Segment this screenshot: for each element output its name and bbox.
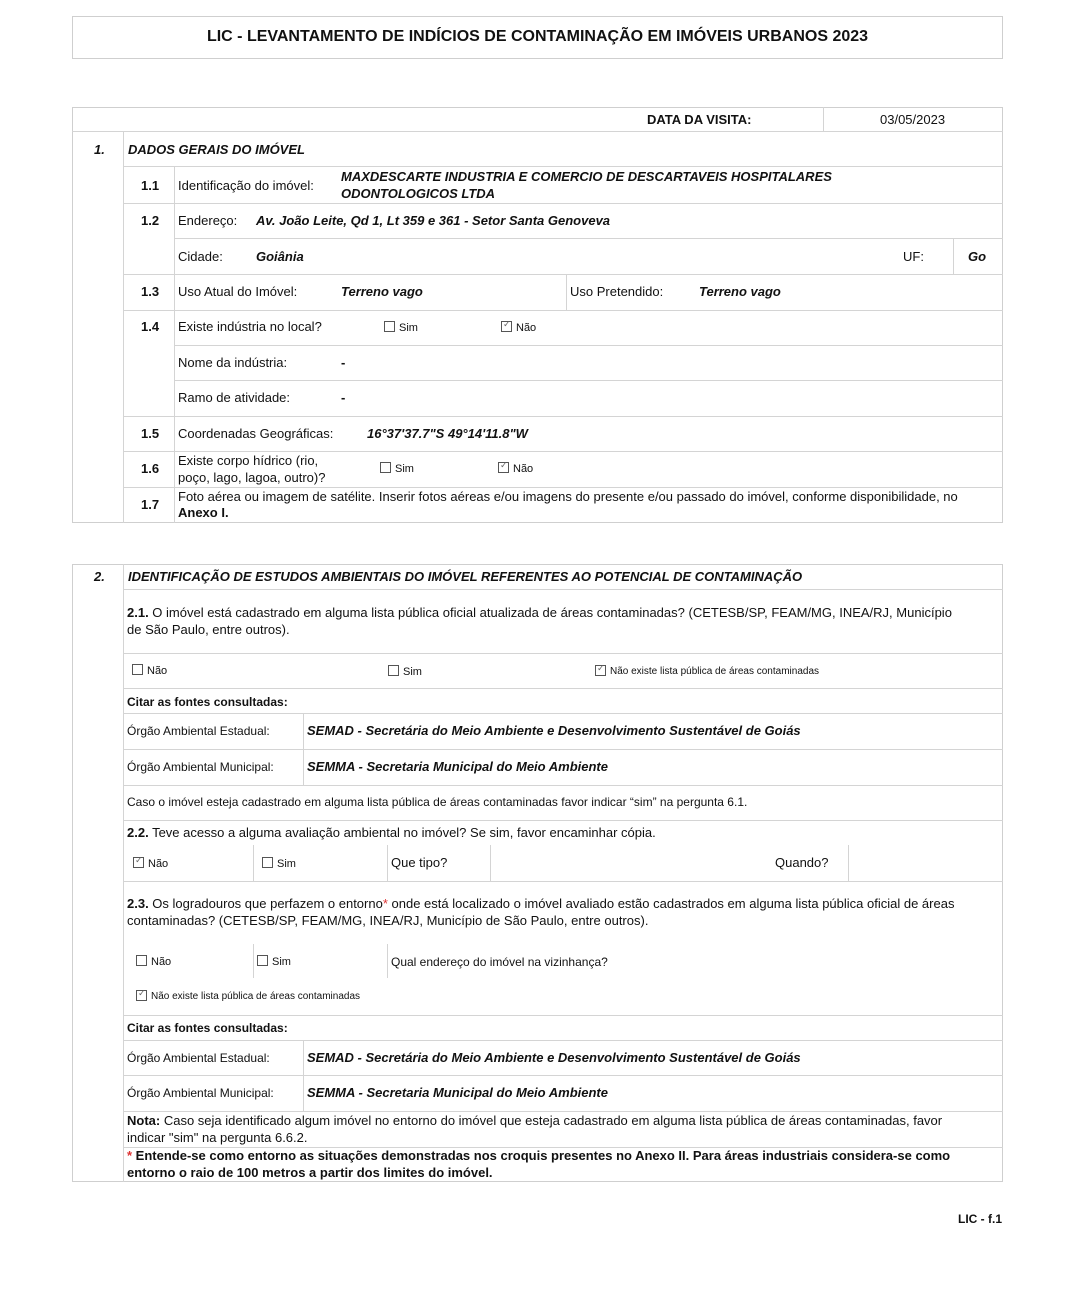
q21-number: 2.1. [127,605,149,620]
q21-sim-label: Sim [403,664,422,680]
item-1-2-number: 1.2 [141,213,159,229]
address-value: Av. João Leite, Qd 1, Lt 359 e 361 - Set… [256,213,610,229]
sources-2-state-label: Órgão Ambiental Estadual: [127,1050,270,1066]
sources-1-municipal-value: SEMMA - Secretaria Municipal do Meio Amb… [307,759,608,775]
note-question-6-1: Caso o imóvel esteja cadastrado em algum… [127,794,747,810]
current-use-value: Terreno vago [341,284,423,300]
q23-number: 2.3. [127,896,149,911]
nota-label: Nota: [127,1113,160,1128]
section-2-number: 2. [94,569,105,585]
q23-sim-label: Sim [272,954,291,970]
q22-type-label: Que tipo? [391,855,447,871]
q22-number: 2.2. [127,825,149,840]
aerial-photo-text: Foto aérea ou imagem de satélite. Inseri… [178,489,958,505]
city-value: Goiânia [256,249,304,265]
q23-no-list-checkbox[interactable] [136,990,147,1001]
item-1-1-number: 1.1 [141,178,159,194]
item-1-4-number: 1.4 [141,319,159,335]
coordinates-value: 16°37'37.7"S 49°14'11.8"W [367,426,528,442]
water-nao-checkbox[interactable] [498,462,509,473]
coordinates-label: Coordenadas Geográficas: [178,426,333,442]
water-sim-checkbox[interactable] [380,462,391,473]
intended-use-label: Uso Pretendido: [570,284,663,300]
q21-text-1: 2.1. O imóvel está cadastrado em alguma … [127,605,952,621]
uf-value: Go [968,249,986,265]
q23-no-list-label: Não existe lista pública de áreas contam… [151,989,360,1005]
address-label: Endereço: [178,213,237,229]
q21-sim-checkbox[interactable] [388,665,399,676]
sources-2-title: Citar as fontes consultadas: [127,1020,288,1036]
page-title: LIC - LEVANTAMENTO DE INDÍCIOS DE CONTAM… [72,28,1003,46]
q22-sim-checkbox[interactable] [262,857,273,868]
sources-2-state-value: SEMAD - Secretária do Meio Ambiente e De… [307,1050,801,1066]
water-nao-label: Não [513,461,533,477]
q21-nao-checkbox[interactable] [132,664,143,675]
q21-nao-label: Não [147,663,167,679]
water-body-question-2: poço, lago, lagoa, outro)? [178,470,325,486]
sources-2-municipal-value: SEMMA - Secretaria Municipal do Meio Amb… [307,1085,608,1101]
section-2-title: IDENTIFICAÇÃO DE ESTUDOS AMBIENTAIS DO I… [128,569,802,585]
sources-2-municipal-label: Órgão Ambiental Municipal: [127,1085,274,1101]
property-id-value-1: MAXDESCARTE INDUSTRIA E COMERCIO DE DESC… [341,169,832,185]
industry-name-label: Nome da indústria: [178,355,287,371]
q23-address-label: Qual endereço do imóvel na vizinhança? [391,954,608,970]
industry-name-value: - [341,355,345,371]
sources-1-state-value: SEMAD - Secretária do Meio Ambiente e De… [307,723,801,739]
item-1-3-number: 1.3 [141,284,159,300]
section-1-number: 1. [94,142,105,158]
property-id-label: Identificação do imóvel: [178,178,314,194]
q22-nao-checkbox[interactable] [133,857,144,868]
current-use-label: Uso Atual do Imóvel: [178,284,297,300]
uf-label: UF: [903,249,924,265]
sources-1-title: Citar as fontes consultadas: [127,694,288,710]
q22-nao-label: Não [148,856,168,872]
nota-text-1: Nota: Caso seja identificado algum imóve… [127,1113,942,1129]
water-sim-label: Sim [395,461,414,477]
q22-sim-label: Sim [277,856,296,872]
sources-1-municipal-label: Órgão Ambiental Municipal: [127,759,274,775]
industry-nao-label: Não [516,320,536,336]
q22-text: 2.2. Teve acesso a alguma avaliação ambi… [127,825,656,841]
industry-nao-checkbox[interactable] [501,321,512,332]
activity-label: Ramo de atividade: [178,390,290,406]
q21-no-list-label: Não existe lista pública de áreas contam… [610,664,819,680]
visit-date-label: DATA DA VISITA: [647,112,751,128]
footnote-text-2: entorno o raio de 100 metros a partir do… [127,1165,493,1181]
nota-text-2: indicar "sim" na pergunta 6.6.2. [127,1130,308,1146]
section-1-title: DADOS GERAIS DO IMÓVEL [128,142,305,158]
footnote-text-1: * Entende-se como entorno as situações d… [127,1148,950,1164]
q23-sim-checkbox[interactable] [257,955,268,966]
q23-nao-label: Não [151,954,171,970]
industry-sim-checkbox[interactable] [384,321,395,332]
annex-i-reference: Anexo I. [178,505,229,521]
property-id-value-2: ODONTOLOGICOS LTDA [341,186,495,202]
q22-when-label: Quando? [775,855,829,871]
q21-no-list-checkbox[interactable] [595,665,606,676]
industry-question: Existe indústria no local? [178,319,322,335]
item-1-5-number: 1.5 [141,426,159,442]
item-1-7-number: 1.7 [141,497,159,513]
item-1-6-number: 1.6 [141,461,159,477]
activity-value: - [341,390,345,406]
q21-text-2: de São Paulo, entre outros). [127,622,290,638]
q23-text-2: contaminadas? (CETESB/SP, FEAM/MG, INEA/… [127,913,648,929]
intended-use-value: Terreno vago [699,284,781,300]
form-code: LIC - f.1 [958,1211,1002,1227]
industry-sim-label: Sim [399,320,418,336]
water-body-question-1: Existe corpo hídrico (rio, [178,453,318,469]
q23-nao-checkbox[interactable] [136,955,147,966]
visit-date-value: 03/05/2023 [880,112,945,128]
sources-1-state-label: Órgão Ambiental Estadual: [127,723,270,739]
city-label: Cidade: [178,249,223,265]
q23-text-1: 2.3. Os logradouros que perfazem o entor… [127,896,954,912]
